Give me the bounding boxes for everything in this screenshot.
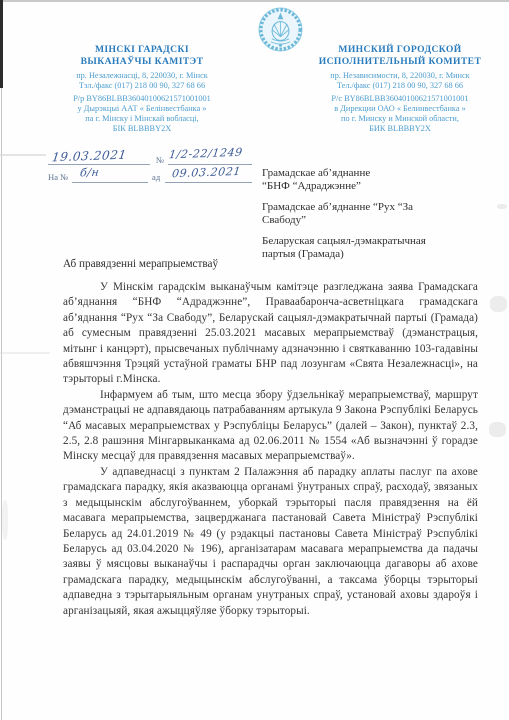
reply-date-underline [165,181,252,183]
address-line: пр. Независимости, 8, 220030, г. Минск [294,71,506,81]
recipient-line: Свабоду” [262,214,306,226]
recipient-bnf-adradzhenne: Грамадскае аб’яднанне “БНФ “Адраджэнне” [262,167,480,193]
handwritten-outgoing-number: 1/2-22/1249 [168,146,243,162]
org-account-by: Р/р BY86BLBB36040100621571001001 у Дырэк… [36,94,248,134]
recipient-line: Грамадскае аб’яднанне “Рух “За [262,201,413,213]
reply-number-underline [72,181,148,183]
bank-bic: БИК BLBBBY2X [294,124,506,134]
handwritten-incoming-date: 09.03.2021 [171,165,242,180]
scan-artifact [490,296,507,312]
phone-line: Тэл./факс (017) 218 00 90, 327 68 66 [36,81,248,91]
bank-region: по г. Минску и Минской области, [294,114,506,124]
scan-edge-top [0,0,509,2]
scan-edge-left-dark [0,0,3,88]
number-label: № [156,155,164,165]
letter-subject: Аб правядзенні мерапрыемстваў [63,258,363,270]
org-title-by-line1: МІНСКІ ГАРАДСКІ [36,44,248,56]
body-paragraph-1: У Мінскім гарадскім выканаўчым камітэце … [63,280,478,388]
phone-line: Тел./факс (017) 218 00 90, 327 68 66 [294,81,506,91]
org-title-ru: МИНСКИЙ ГОРОДСКОЙ ИСПОЛНИТЕЛЬНЫЙ КОМИТЕТ [294,44,506,67]
bank-name: в Дирекции ОАО « Белинвестбанка » [294,104,506,114]
scanned-letter-page: МІНСКІ ГАРАДСКІ ВЫКАНАЎЧЫ КАМІТЭТ пр. Не… [0,0,509,720]
scan-artifact [497,204,507,209]
bank-name: у Дырэкцыі ААТ « Белінвестбанка » [36,104,248,114]
bank-region: па г. Мінску і Мінскай вобласці, [36,114,248,124]
account-number: Р/с BY86BLBB36040100621571001001 [294,94,506,104]
org-address-by: пр. Незалежнасці, 8, 220030, г. Мінск Тэ… [36,71,248,91]
org-address-ru: пр. Независимости, 8, 220030, г. Минск Т… [294,71,506,91]
org-title-by-line2: ВЫКАНАЎЧЫ КАМІТЭТ [36,56,248,68]
recipient-block: Грамадскае аб’яднанне “БНФ “Адраджэнне” … [262,167,480,269]
scan-artifact [489,422,506,437]
body-paragraph-2: Інфармуем аб тым, што месца збору ўдзель… [63,388,478,465]
reply-date-label: ад [152,172,160,182]
letterhead-right: МИНСКИЙ ГОРОДСКОЙ ИСПОЛНИТЕЛЬНЫЙ КОМИТЕТ… [294,44,506,134]
scan-edge-left-light [1,88,2,720]
handwritten-outgoing-date: 19.03.2021 [51,148,127,165]
org-title-ru-line1: МИНСКИЙ ГОРОДСКОЙ [294,44,506,56]
scan-artifact [2,500,8,540]
recipient-line: Грамадскае аб’яднанне [262,167,370,179]
letterhead-left: МІНСКІ ГАРАДСКІ ВЫКАНАЎЧЫ КАМІТЭТ пр. Не… [36,44,248,134]
recipient-line: Беларуская сацыял-дэмакратычная [262,235,426,247]
account-number: Р/р BY86BLBB36040100621571001001 [36,94,248,104]
letter-body: У Мінскім гарадскім выканаўчым камітэце … [63,280,478,619]
bank-bic: БІК BLBBBY2X [36,124,248,134]
org-account-ru: Р/с BY86BLBB36040100621571001001 в Дирек… [294,94,506,134]
scan-artifact [0,352,50,354]
reply-number-label: На № [48,172,68,182]
org-title-by: МІНСКІ ГАРАДСКІ ВЫКАНАЎЧЫ КАМІТЭТ [36,44,248,67]
body-paragraph-3: У адпаведнасці з пунктам 2 Палажэння аб … [63,465,478,619]
scan-artifact [0,154,46,156]
address-line: пр. Незалежнасці, 8, 220030, г. Мінск [36,71,248,81]
recipient-rukh-za-svabodu: Грамадскае аб’яднанне “Рух “За Свабоду” [262,201,480,227]
handwritten-incoming-number: б/н [79,166,100,180]
org-title-ru-line2: ИСПОЛНИТЕЛЬНЫЙ КОМИТЕТ [294,56,506,68]
recipient-line: “БНФ “Адраджэнне” [262,180,361,192]
